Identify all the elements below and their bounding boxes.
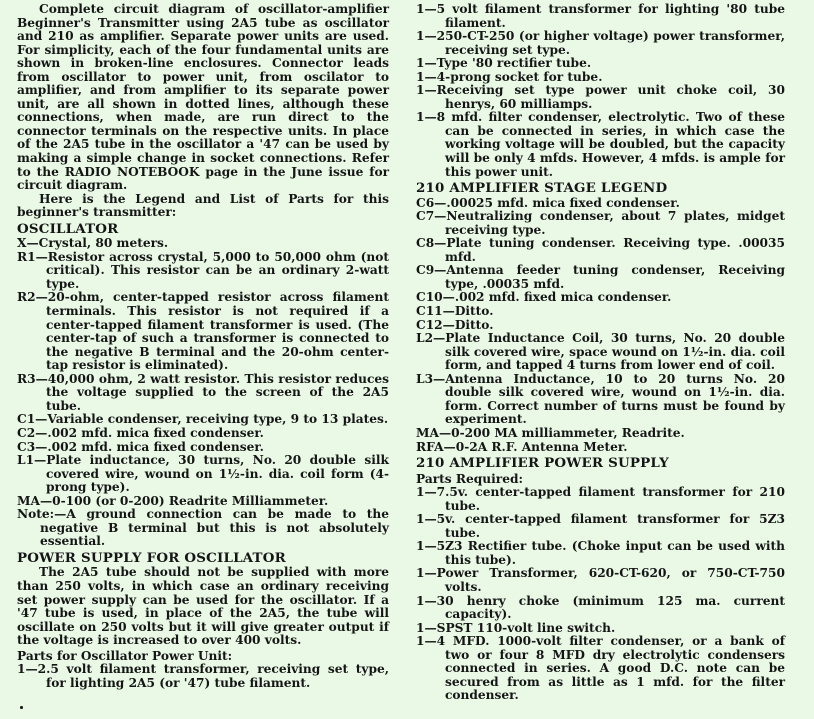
part-item: C8—Plate tuning condenser. Receiving typ… [416, 237, 785, 264]
part-item: 1—SPST 110-volt line switch. [416, 622, 785, 636]
right-column: 1—5 volt filament transformer for lighti… [416, 3, 785, 703]
power-supply-heading: POWER SUPPLY FOR OSCILLATOR [17, 552, 389, 566]
part-item: L3—Antenna Inductance, 10 to 20 turns No… [416, 373, 785, 427]
intro-paragraph: Complete circuit diagram of oscillator-a… [17, 3, 389, 193]
oscillator-heading: OSCILLATOR [17, 223, 389, 237]
part-item: C12—Ditto. [416, 319, 785, 333]
part-item: 1—30 henry choke (minimum 125 ma. curren… [416, 595, 785, 622]
part-item: 1—Type '80 rectifier tube. [416, 57, 785, 71]
part-item: C10—.002 mfd. fixed mica condenser. [416, 291, 785, 305]
part-item: RFA—0-2A R.F. Antenna Meter. [416, 441, 785, 455]
note-item: Note:—A ground connection can be made to… [17, 508, 389, 549]
part-item: C7—Neutralizing condenser, about 7 plate… [416, 210, 785, 237]
part-item: 1—Receiving set type power unit choke co… [416, 84, 785, 111]
parts-required-heading: Parts Required: [416, 473, 785, 487]
part-item: 1—8 mfd. filter condenser, electrolytic.… [416, 111, 785, 179]
part-item: MA—0-100 (or 0-200) Readrite Milliammete… [17, 495, 389, 509]
legend-intro: Here is the Legend and List of Parts for… [17, 193, 389, 220]
part-item: C2—.002 mfd. mica fixed condenser. [17, 427, 389, 441]
parts-heading: Parts for Oscillator Power Unit: [17, 650, 389, 664]
part-item: C11—Ditto. [416, 305, 785, 319]
print-speck [20, 706, 23, 709]
part-item: C9—Antenna feeder tuning condenser, Rece… [416, 264, 785, 291]
power-supply-paragraph: The 2A5 tube should not be supplied with… [17, 566, 389, 647]
left-column: Complete circuit diagram of oscillator-a… [17, 3, 389, 690]
part-item: L1—Plate inductance, 30 turns, No. 20 do… [17, 454, 389, 495]
part-item: MA—0-200 MA milliammeter, Readrite. [416, 427, 785, 441]
part-item: 1—4 MFD. 1000-volt filter condenser, or … [416, 635, 785, 703]
amplifier-power-heading: 210 AMPLIFIER POWER SUPPLY [416, 457, 785, 471]
amplifier-legend-heading: 210 AMPLIFIER STAGE LEGEND [416, 182, 785, 196]
part-item: R1—Resistor across crystal, 5,000 to 50,… [17, 251, 389, 292]
part-item: R3—40,000 ohm, 2 watt resistor. This res… [17, 373, 389, 414]
part-item: C6—.00025 mfd. mica fixed condenser. [416, 197, 785, 211]
part-item: 1—2.5 volt filament transformer, receivi… [17, 663, 389, 690]
part-item: C1—Variable condenser, receiving type, 9… [17, 413, 389, 427]
part-item: 1—250-CT-250 (or higher voltage) power t… [416, 30, 785, 57]
part-item: X—Crystal, 80 meters. [17, 237, 389, 251]
part-item: 1—5 volt filament transformer for lighti… [416, 3, 785, 30]
part-item: 1—Power Transformer, 620-CT-620, or 750-… [416, 567, 785, 594]
part-item: 1—5Z3 Rectifier tube. (Choke input can b… [416, 540, 785, 567]
part-item: 1—7.5v. center-tapped filament transform… [416, 486, 785, 513]
part-item: 1—5v. center-tapped filament transformer… [416, 513, 785, 540]
part-item: C3—.002 mfd. mica fixed condenser. [17, 441, 389, 455]
part-item: L2—Plate Inductance Coil, 30 turns, No. … [416, 332, 785, 373]
part-item: 1—4-prong socket for tube. [416, 71, 785, 85]
part-item: R2—20-ohm, center-tapped resistor across… [17, 291, 389, 372]
